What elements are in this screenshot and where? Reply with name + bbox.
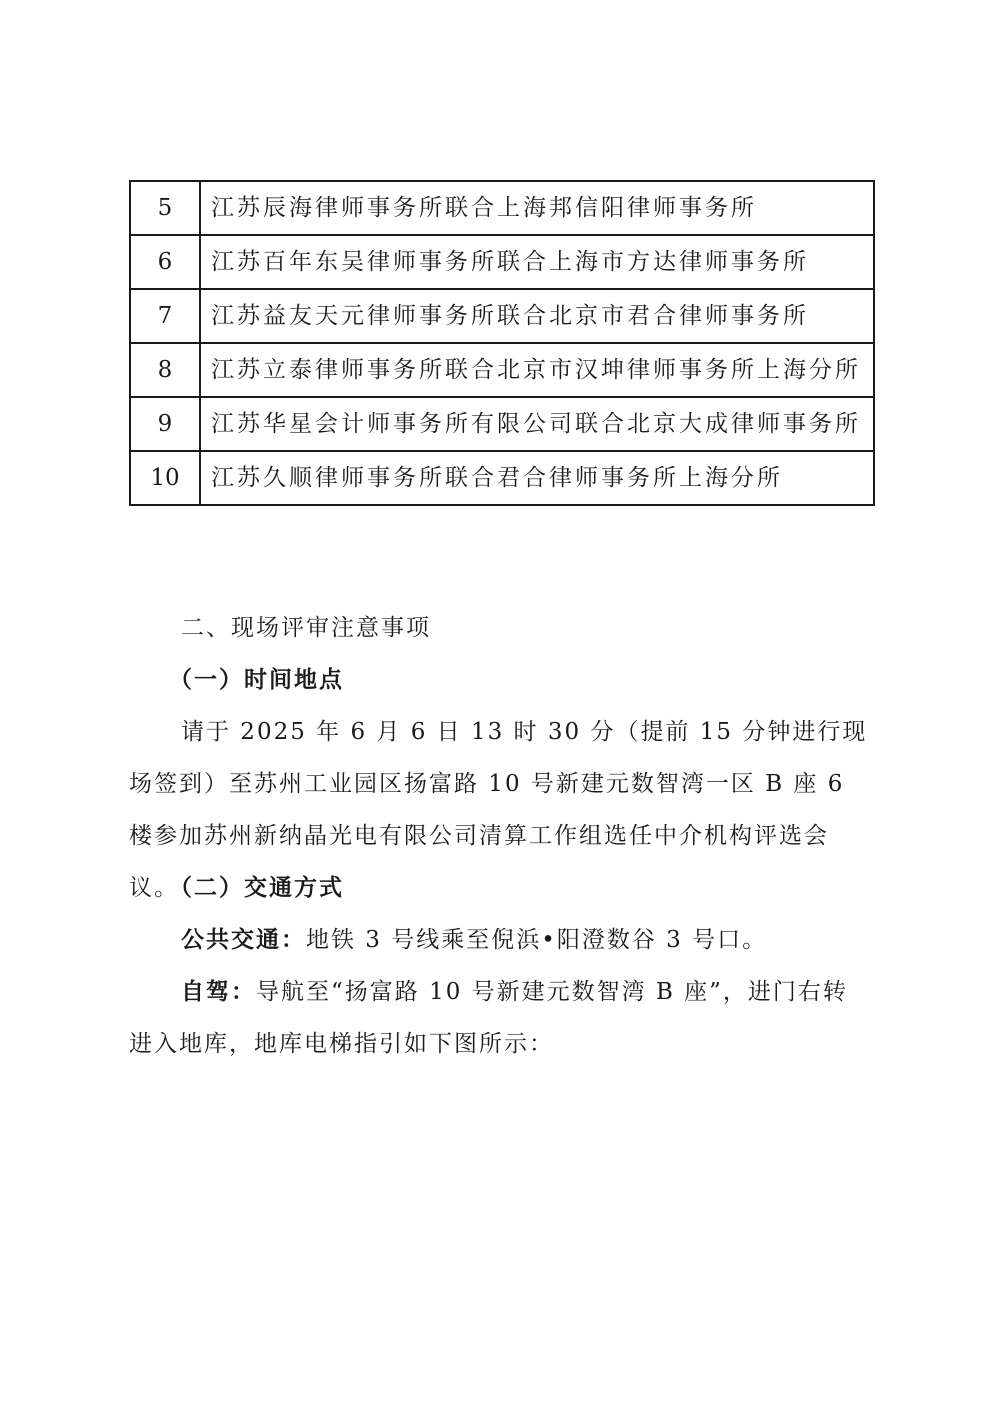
row-number: 8 <box>130 343 200 397</box>
firms-table: 5 江苏辰海律师事务所联合上海邦信阳律师事务所 6 江苏百年东吴律师事务所联合上… <box>129 180 875 506</box>
self-drive-paragraph: 自驾：导航至“扬富路 10 号新建元数智湾 B 座”，进门右转进入地库，地库电梯… <box>129 966 869 1070</box>
self-drive-label: 自驾： <box>181 978 256 1005</box>
public-transport-text: 地铁 3 号线乘至倪浜•阳澄数谷 3 号口。 <box>306 927 767 953</box>
public-transport-paragraph: 公共交通：地铁 3 号线乘至倪浜•阳澄数谷 3 号口。 <box>129 914 869 966</box>
public-transport-label: 公共交通： <box>181 926 306 953</box>
row-number: 10 <box>130 451 200 505</box>
firm-name: 江苏益友天元律师事务所联合北京市君合律师事务所 <box>200 289 874 343</box>
row-number: 6 <box>130 235 200 289</box>
row-number: 5 <box>130 181 200 235</box>
subsection-heading-transport: （二）交通方式 <box>129 862 869 914</box>
subsection-heading-time-place: （一）时间地点 <box>129 654 869 706</box>
table-row: 6 江苏百年东吴律师事务所联合上海市方达律师事务所 <box>130 235 874 289</box>
table-row: 9 江苏华星会计师事务所有限公司联合北京大成律师事务所 <box>130 397 874 451</box>
firm-name: 江苏辰海律师事务所联合上海邦信阳律师事务所 <box>200 181 874 235</box>
table-row: 10 江苏久顺律师事务所联合君合律师事务所上海分所 <box>130 451 874 505</box>
table-row: 8 江苏立泰律师事务所联合北京市汉坤律师事务所上海分所 <box>130 343 874 397</box>
firm-name: 江苏立泰律师事务所联合北京市汉坤律师事务所上海分所 <box>200 343 874 397</box>
firm-name: 江苏久顺律师事务所联合君合律师事务所上海分所 <box>200 451 874 505</box>
document-page: 5 江苏辰海律师事务所联合上海邦信阳律师事务所 6 江苏百年东吴律师事务所联合上… <box>0 0 992 1403</box>
table-row: 5 江苏辰海律师事务所联合上海邦信阳律师事务所 <box>130 181 874 235</box>
firm-name: 江苏华星会计师事务所有限公司联合北京大成律师事务所 <box>200 397 874 451</box>
table-row: 7 江苏益友天元律师事务所联合北京市君合律师事务所 <box>130 289 874 343</box>
row-number: 7 <box>130 289 200 343</box>
section-heading: 二、现场评审注意事项 <box>129 602 869 654</box>
firm-name: 江苏百年东吴律师事务所联合上海市方达律师事务所 <box>200 235 874 289</box>
row-number: 9 <box>130 397 200 451</box>
